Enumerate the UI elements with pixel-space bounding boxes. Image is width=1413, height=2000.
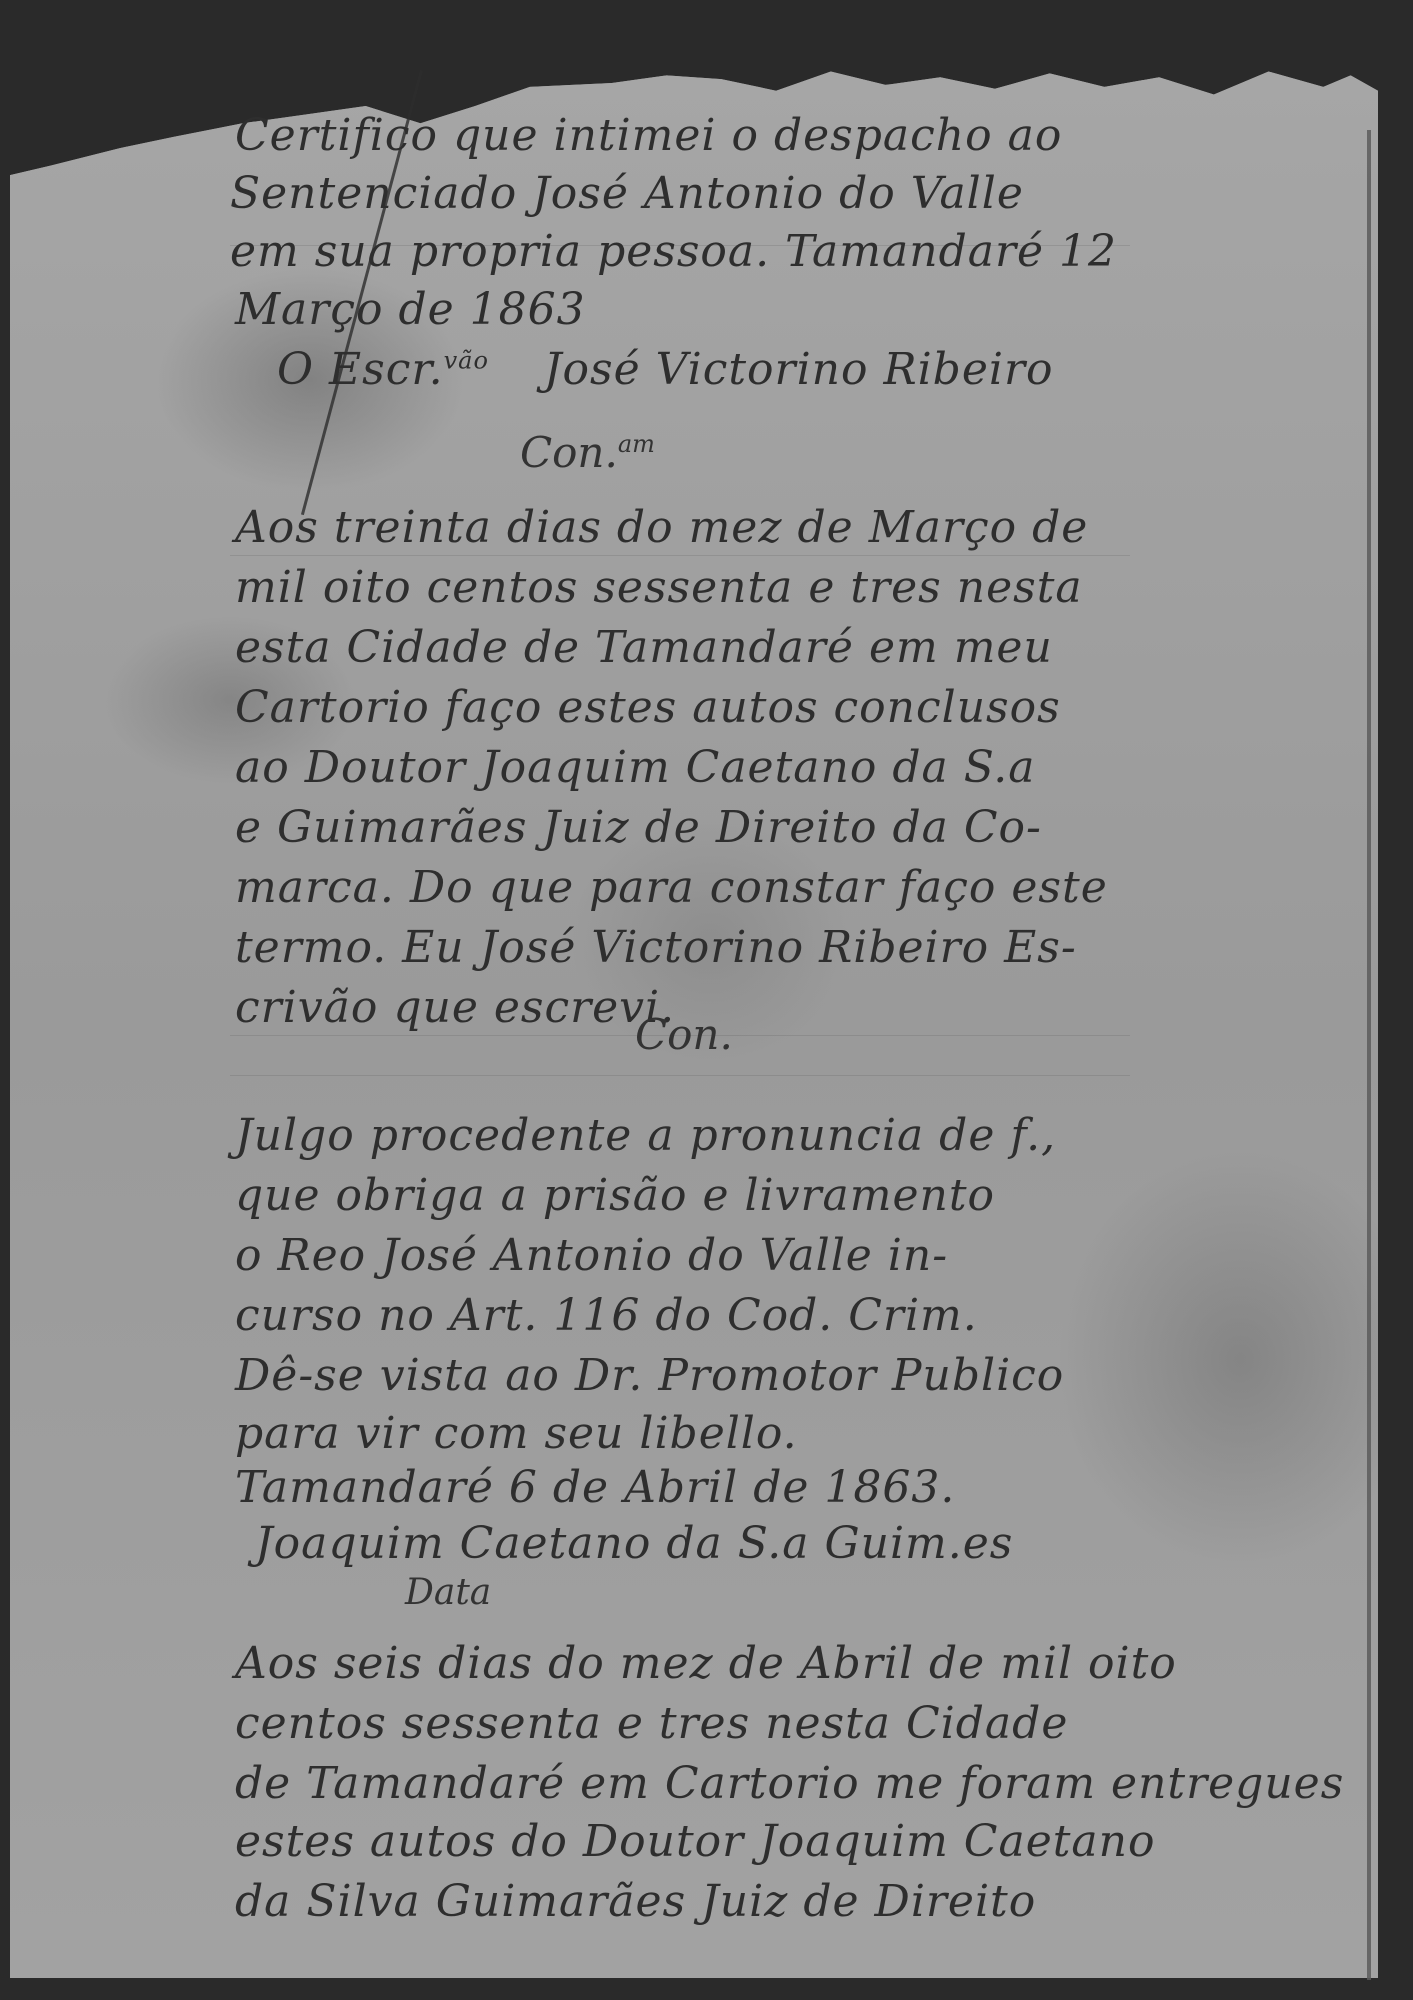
text-line: o Reo José Antonio do Valle in- <box>235 1230 948 1281</box>
text-line: Julgo procedente a pronuncia de f., <box>235 1110 1056 1161</box>
clerk-title-sup: vão <box>444 346 489 374</box>
text-line: curso no Art. 116 do Cod. Crim. <box>235 1290 978 1341</box>
signature-line: O Escr.vão José Victorino Ribeiro <box>277 344 1053 395</box>
text-line: para vir com seu libello. <box>235 1408 798 1459</box>
heading-conclusos: Con. <box>635 1010 733 1059</box>
heading-data: Data <box>405 1572 491 1613</box>
text-line: Aos seis dias do mez de Abril de mil oit… <box>235 1638 1177 1689</box>
heading-conclusao: Con.am <box>520 428 655 477</box>
text-line: estes autos do Doutor Joaquim Caetano <box>235 1816 1155 1867</box>
date-line: Tamandaré 6 de Abril de 1863. <box>235 1462 955 1513</box>
clerk-signature: José Victorino Ribeiro <box>544 344 1054 395</box>
text-line: centos sessenta e tres nesta Cidade <box>235 1698 1068 1749</box>
text-line: Aos treinta dias do mez de Março de <box>235 502 1088 553</box>
text-line: da Silva Guimarães Juiz de Direito <box>235 1876 1036 1927</box>
clerk-title: O Escr. <box>277 344 444 395</box>
text-line: de Tamandaré em Cartorio me foram entreg… <box>235 1758 1344 1809</box>
text-line: mil oito centos sessenta e tres nesta <box>235 562 1083 613</box>
judge-signature: Joaquim Caetano da S.a Guim.es <box>255 1518 1013 1569</box>
text-line: que obriga a prisão e livramento <box>235 1170 995 1221</box>
text-line: em sua propria pessoa. Tamandaré 12 <box>230 226 1117 277</box>
text-line: Sentenciado José Antonio do Valle <box>230 168 1024 219</box>
text-line: Março de 1863 <box>235 284 586 335</box>
text-line: Certifico que intimei o despacho ao <box>235 110 1062 161</box>
text-line: marca. Do que para constar faço este <box>235 862 1108 913</box>
ruled-line <box>230 555 1130 556</box>
text-line: termo. Eu José Victorino Ribeiro Es- <box>235 922 1077 973</box>
text-line: Cartorio faço estes autos conclusos <box>235 682 1061 733</box>
page-fold-edge <box>1367 130 1371 1980</box>
text-line: e Guimarães Juiz de Direito da Co- <box>235 802 1042 853</box>
ruled-line <box>230 1075 1130 1076</box>
text-line: crivão que escrevi. <box>235 982 675 1033</box>
text-line: Dê-se vista ao Dr. Promotor Publico <box>235 1350 1064 1401</box>
text-line: esta Cidade de Tamandaré em meu <box>235 622 1053 673</box>
text-line: ao Doutor Joaquim Caetano da S.a <box>235 742 1036 793</box>
